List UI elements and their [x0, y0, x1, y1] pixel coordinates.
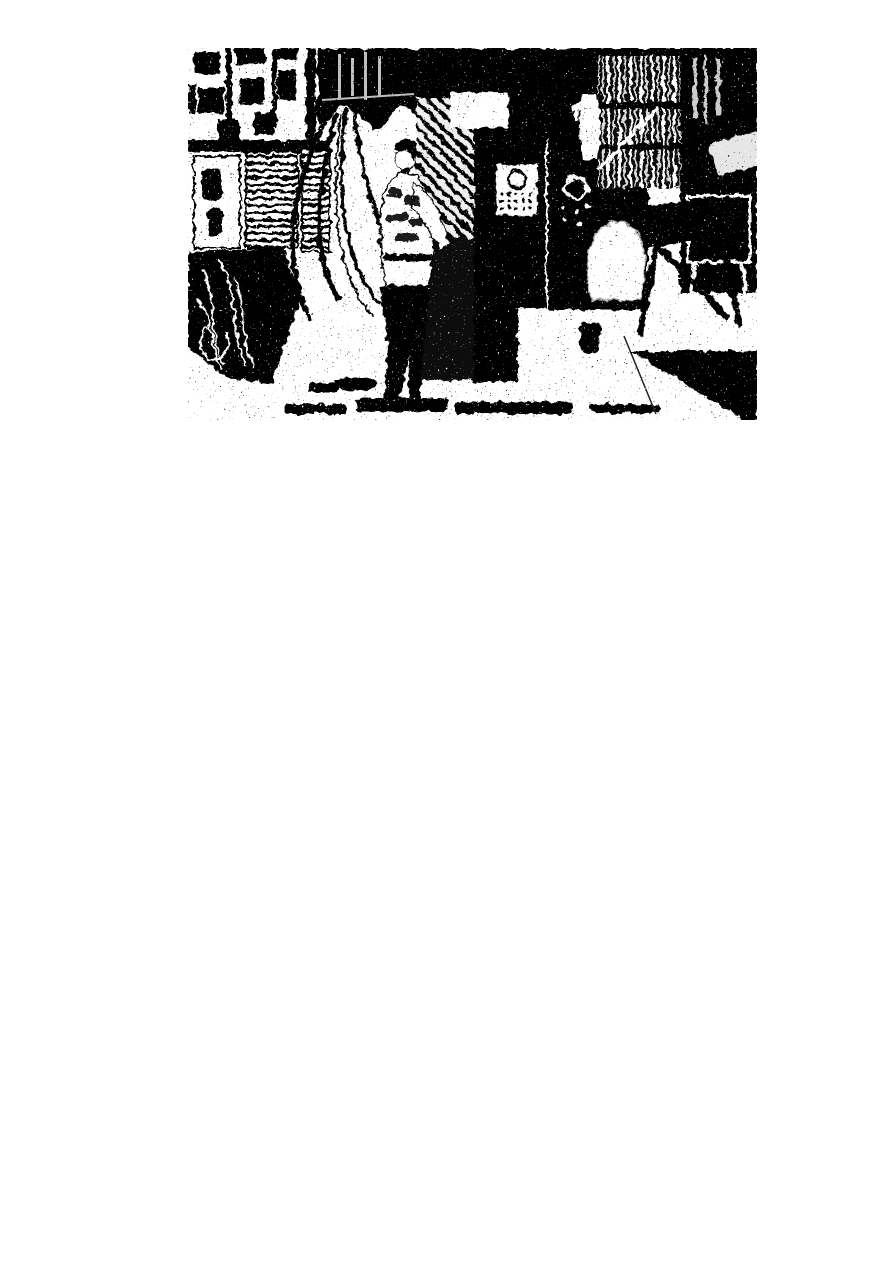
- photograph-canvas: Black-and-white halftone photograph of a…: [188, 48, 757, 420]
- document-page: Black-and-white halftone photograph of a…: [0, 0, 893, 1263]
- black-grain-overlay: [188, 48, 757, 420]
- halftone-photograph: Black-and-white halftone photograph of a…: [188, 48, 757, 420]
